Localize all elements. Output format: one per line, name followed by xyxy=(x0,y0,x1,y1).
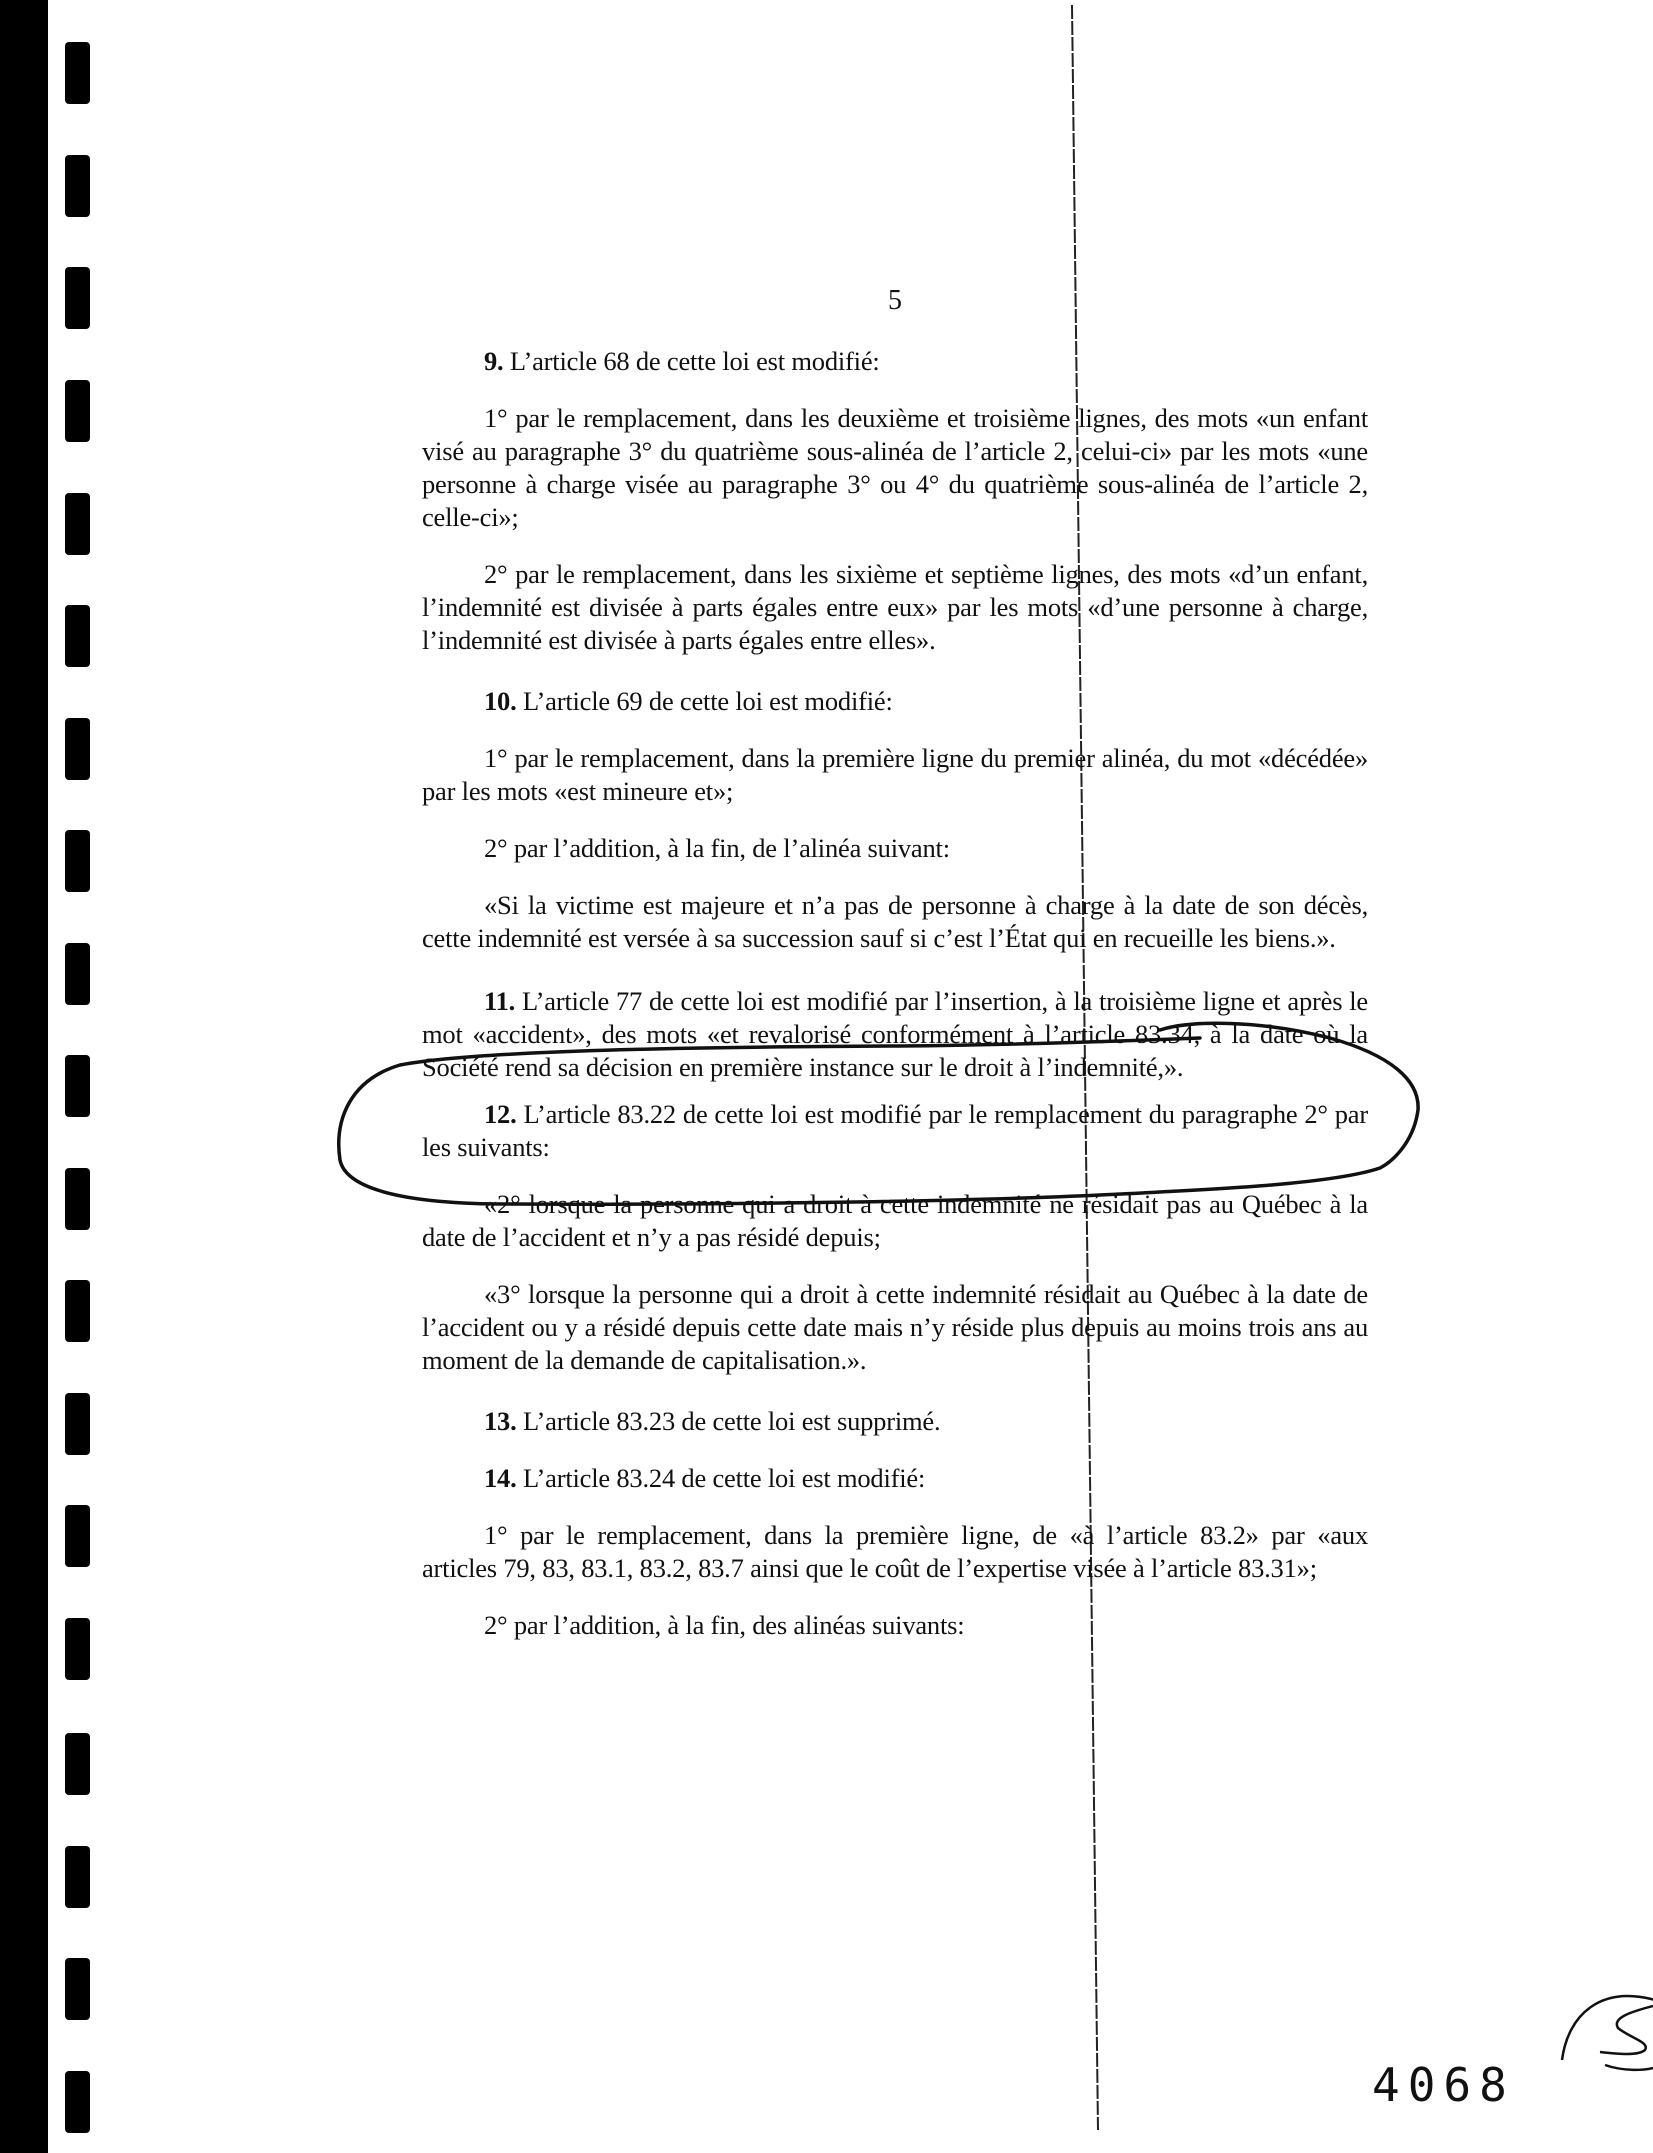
stamp-number: 4068 xyxy=(1372,2058,1515,2112)
article-text: L’article 83.22 de cette loi est modifié… xyxy=(422,1099,1368,1162)
article-10-item-3: «Si la victime est majeure et n’a pas de… xyxy=(422,889,1368,955)
article-number: 13. xyxy=(484,1406,517,1436)
article-9: 9. L’article 68 de cette loi est modifié… xyxy=(422,345,1368,378)
punch-slot xyxy=(65,1618,90,1680)
article-14-item-2: 2° par l’addition, à la fin, des alinéas… xyxy=(422,1609,1368,1642)
article-number: 9. xyxy=(484,346,503,376)
article-text: L’article 77 de cette loi est modifié pa… xyxy=(422,986,1368,1082)
article-number: 14. xyxy=(484,1463,517,1493)
punch-slot xyxy=(65,1393,90,1455)
punch-slot xyxy=(65,1505,90,1567)
article-text: L’article 83.24 de cette loi est modifié… xyxy=(523,1463,925,1493)
punch-slot xyxy=(65,943,90,1005)
punch-slot xyxy=(65,830,90,892)
article-number: 11. xyxy=(484,986,515,1016)
punch-slot xyxy=(65,718,90,780)
handwritten-circle-mark xyxy=(1562,1996,1653,2060)
article-9-item-1: 1° par le remplacement, dans les deuxièm… xyxy=(422,402,1368,534)
article-text: L’article 69 de cette loi est modifié: xyxy=(523,686,893,716)
punch-slot xyxy=(65,42,90,104)
article-number: 12. xyxy=(484,1099,517,1129)
binding-strip xyxy=(0,0,48,2153)
article-10: 10. L’article 69 de cette loi est modifi… xyxy=(422,685,1368,718)
punch-slot xyxy=(65,1958,90,2020)
article-text: L’article 83.23 de cette loi est supprim… xyxy=(523,1406,940,1436)
article-10-item-1: 1° par le remplacement, dans la première… xyxy=(422,742,1368,808)
handwritten-s-mark xyxy=(1600,2006,1653,2054)
article-14-item-1: 1° par le remplacement, dans la première… xyxy=(422,1519,1368,1585)
article-12-item-1: «2° lorsque la personne qui a droit à ce… xyxy=(422,1188,1368,1254)
punch-slot xyxy=(65,380,90,442)
article-13: 13. L’article 83.23 de cette loi est sup… xyxy=(422,1405,1368,1438)
article-text: L’article 68 de cette loi est modifié: xyxy=(510,346,880,376)
punch-slot xyxy=(65,1733,90,1795)
page-number: 5 xyxy=(880,285,910,317)
article-12: 12. L’article 83.22 de cette loi est mod… xyxy=(422,1098,1368,1164)
punch-slot xyxy=(65,1055,90,1117)
article-12-item-2: «3° lorsque la personne qui a droit à ce… xyxy=(422,1278,1368,1377)
punch-slot xyxy=(65,1280,90,1342)
article-11: 11. L’article 77 de cette loi est modifi… xyxy=(422,985,1368,1084)
punch-slot xyxy=(65,1846,90,1908)
article-10-item-2: 2° par l’addition, à la fin, de l’alinéa… xyxy=(422,832,1368,865)
article-14: 14. L’article 83.24 de cette loi est mod… xyxy=(422,1462,1368,1495)
article-number: 10. xyxy=(484,686,517,716)
punch-slot xyxy=(65,605,90,667)
punch-slot xyxy=(65,2071,90,2133)
punch-slot xyxy=(65,1168,90,1230)
punch-slot xyxy=(65,267,90,329)
article-9-item-2: 2° par le remplacement, dans les sixième… xyxy=(422,558,1368,657)
document-body: 9. L’article 68 de cette loi est modifié… xyxy=(422,345,1368,1666)
punch-slot xyxy=(65,155,90,217)
punch-slot xyxy=(65,493,90,555)
